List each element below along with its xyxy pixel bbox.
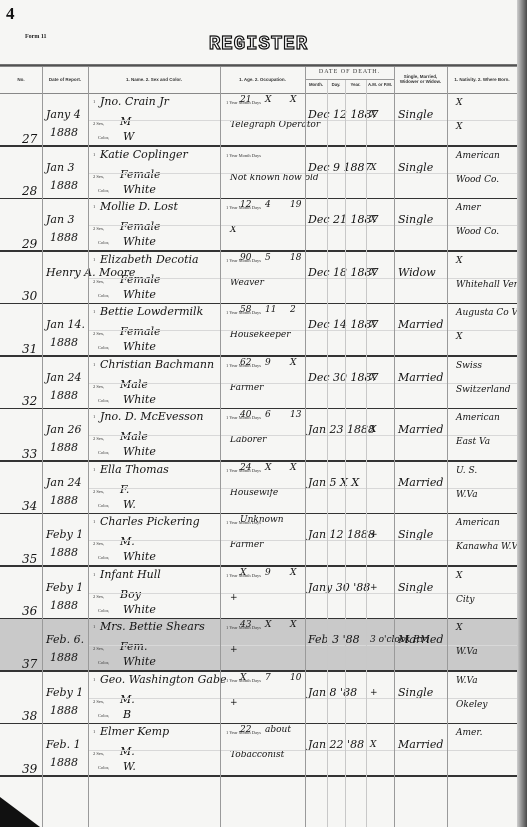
col-divider bbox=[447, 67, 448, 827]
age-months: 9 bbox=[265, 568, 271, 578]
name-index: 1 bbox=[93, 729, 95, 734]
register-table: No. Date of Report. 1. Name. 2. Sex and … bbox=[0, 67, 517, 827]
occupation: Weaver bbox=[230, 278, 264, 288]
occupation: Laborer bbox=[230, 435, 266, 445]
occupation: + bbox=[230, 645, 238, 655]
sex-label: 2 Sex, bbox=[93, 226, 104, 231]
header-date-of-death: DATE OF DEATH. bbox=[305, 69, 394, 79]
deceased-name: Bettie Lowdermilk bbox=[100, 305, 203, 318]
col-divider bbox=[220, 67, 221, 827]
header-marital: Single, Married, Widower or Widow. bbox=[394, 67, 447, 93]
color-value: W. bbox=[123, 760, 136, 773]
sex-value: Boy bbox=[120, 588, 141, 601]
color-value: White bbox=[123, 603, 156, 616]
occupation: + bbox=[230, 593, 238, 603]
age-months: 11 bbox=[265, 305, 276, 315]
color-label: Color, bbox=[98, 450, 109, 455]
col-divider bbox=[88, 67, 89, 827]
age-label: 1 Year Month Days bbox=[226, 153, 261, 158]
name-index: 1 bbox=[93, 572, 95, 577]
marital-status: Widow bbox=[398, 266, 436, 279]
death-ampm: X bbox=[370, 163, 376, 173]
row-midline bbox=[88, 278, 517, 279]
occupation: + bbox=[230, 698, 238, 708]
age-years: X bbox=[240, 568, 246, 578]
death-date: Jany 30 '88 bbox=[308, 581, 370, 594]
table-row: 34Jan 2418881Ella Thomas2 Sex,F.Color,W.… bbox=[0, 462, 517, 515]
death-date: Feb 3 '88 bbox=[308, 633, 360, 646]
sex-label: 2 Sex, bbox=[93, 436, 104, 441]
book-spine bbox=[517, 0, 527, 827]
color-label: Color, bbox=[98, 713, 109, 718]
table-row: 39Feb. 118881Elmer Kemp2 Sex,M.Color,W.1… bbox=[0, 724, 517, 777]
name-index: 1 bbox=[93, 467, 95, 472]
report-year: 1888 bbox=[50, 599, 78, 612]
color-label: Color, bbox=[98, 135, 109, 140]
color-label: Color, bbox=[98, 765, 109, 770]
report-date: Jan 24 bbox=[46, 476, 82, 489]
page-number: 4 bbox=[6, 4, 15, 24]
col-divider bbox=[305, 67, 306, 827]
row-midline bbox=[88, 540, 517, 541]
death-ampm: X bbox=[370, 110, 376, 120]
birthplace: City bbox=[456, 595, 474, 605]
marital-status: Married bbox=[398, 738, 443, 751]
birthplace: Wood Co. bbox=[456, 227, 499, 237]
color-value: B bbox=[123, 708, 131, 721]
header-name: 1. Name. 2. Sex and Color. bbox=[88, 67, 220, 93]
report-date: Feby 1 bbox=[46, 686, 83, 699]
row-midline bbox=[88, 488, 517, 489]
nativity: U. S. bbox=[456, 466, 477, 476]
report-date: Jan 14. bbox=[46, 318, 85, 331]
col-divider bbox=[42, 67, 43, 827]
table-row: 31Jan 14.18881Bettie Lowdermilk2 Sex,Fem… bbox=[0, 304, 517, 357]
sex-label: 2 Sex, bbox=[93, 384, 104, 389]
name-index: 1 bbox=[93, 152, 95, 157]
entry-number: 36 bbox=[22, 604, 37, 618]
age-months: 7 bbox=[265, 673, 271, 683]
deceased-name: Ella Thomas bbox=[100, 463, 169, 476]
header-age: 1. Age. 2. Occupation. bbox=[220, 67, 305, 93]
report-year: 1888 bbox=[50, 179, 78, 192]
row-midline bbox=[88, 750, 517, 751]
death-ampm: X bbox=[370, 215, 376, 225]
sex-value: Male bbox=[120, 430, 148, 443]
age-days: X bbox=[290, 358, 296, 368]
deceased-name: Jno. Crain Jr bbox=[100, 95, 169, 108]
age-years: 58 bbox=[240, 305, 251, 315]
report-year: 1888 bbox=[50, 494, 78, 507]
death-date: Dec 14 1887 bbox=[308, 318, 378, 331]
sex-value: F. bbox=[120, 483, 129, 496]
report-date: Jany 4 bbox=[46, 108, 81, 121]
birthplace: Kanawha W.Va bbox=[456, 542, 517, 552]
name-index: 1 bbox=[93, 414, 95, 419]
header-day: Day. bbox=[327, 82, 345, 92]
name-index: 1 bbox=[93, 624, 95, 629]
table-row: 36Feby 118881Infant Hull2 Sex,BoyColor,W… bbox=[0, 567, 517, 620]
row-rule bbox=[0, 775, 517, 777]
deceased-name: Infant Hull bbox=[100, 568, 161, 581]
register-page: 4 Form 11 REGISTER No. Date of Report. 1… bbox=[0, 0, 517, 827]
sex-label: 2 Sex, bbox=[93, 121, 104, 126]
table-row: 35Feby 118881Charles Pickering2 Sex,M.Co… bbox=[0, 514, 517, 567]
age-days: 2 bbox=[290, 305, 296, 315]
nativity: X bbox=[456, 98, 462, 108]
nativity: Swiss bbox=[456, 361, 482, 371]
row-midline bbox=[88, 593, 517, 594]
table-row: 27Jany 418881Jno. Crain Jr2 Sex,MColor,W… bbox=[0, 94, 517, 147]
report-year: 1888 bbox=[50, 126, 78, 139]
deceased-name: Jno. D. McEvesson bbox=[100, 410, 204, 423]
nativity: American bbox=[456, 518, 500, 528]
report-year: 1888 bbox=[50, 336, 78, 349]
report-year: 1888 bbox=[50, 704, 78, 717]
entry-number: 27 bbox=[22, 132, 37, 146]
death-date: Dec 18 1887 bbox=[308, 266, 378, 279]
sex-label: 2 Sex, bbox=[93, 646, 104, 651]
sex-value: Female bbox=[120, 168, 161, 181]
table-row: 30Henry A. Moore1Elizabeth Decotia2 Sex,… bbox=[0, 252, 517, 305]
color-value: W. bbox=[123, 498, 136, 511]
entry-number: 29 bbox=[22, 237, 37, 251]
report-date: Jan 3 bbox=[46, 161, 75, 174]
color-label: Color, bbox=[98, 398, 109, 403]
entry-number: 30 bbox=[22, 289, 37, 303]
occupation: Housewife bbox=[230, 488, 278, 498]
col-divider bbox=[366, 80, 367, 827]
age-months: X bbox=[265, 463, 271, 473]
birthplace: X bbox=[456, 122, 462, 132]
sex-value: M. bbox=[120, 535, 135, 548]
header-nativity: 1. Nativity. 2. Where Born. bbox=[447, 67, 517, 93]
sex-label: 2 Sex, bbox=[93, 541, 104, 546]
name-index: 1 bbox=[93, 309, 95, 314]
report-date: Feby 1 bbox=[46, 581, 83, 594]
death-ampm: X bbox=[370, 740, 376, 750]
entry-number: 34 bbox=[22, 499, 37, 513]
age-months: 5 bbox=[265, 253, 271, 263]
marital-status: Married bbox=[398, 633, 443, 646]
age-years: 62 bbox=[240, 358, 251, 368]
sex-label: 2 Sex, bbox=[93, 331, 104, 336]
birthplace: Switzerland bbox=[456, 385, 511, 395]
name-index: 1 bbox=[93, 99, 95, 104]
nativity: Augusta Co Va bbox=[456, 308, 517, 318]
nativity: American bbox=[456, 151, 500, 161]
sex-value: M. bbox=[120, 693, 135, 706]
sex-label: 2 Sex, bbox=[93, 594, 104, 599]
row-midline bbox=[88, 330, 517, 331]
report-date: Jan 24 bbox=[46, 371, 82, 384]
col-divider bbox=[345, 80, 346, 827]
entry-number: 38 bbox=[22, 709, 37, 723]
sex-label: 2 Sex, bbox=[93, 751, 104, 756]
age-days: 10 bbox=[290, 673, 301, 683]
table-row: 32Jan 2418881Christian Bachmann2 Sex,Mal… bbox=[0, 357, 517, 410]
marital-status: Married bbox=[398, 476, 443, 489]
header-no: No. bbox=[0, 67, 42, 93]
color-label: Color, bbox=[98, 345, 109, 350]
entry-number: 35 bbox=[22, 552, 37, 566]
row-midline bbox=[88, 225, 517, 226]
register-title: REGISTER bbox=[0, 33, 517, 55]
death-ampm: + bbox=[370, 530, 378, 540]
death-date: Dec 9 1887 bbox=[308, 161, 371, 174]
entry-number: 39 bbox=[22, 762, 37, 776]
death-date: Jan 12 1888 bbox=[308, 528, 375, 541]
row-midline bbox=[88, 120, 517, 121]
row-midline bbox=[88, 383, 517, 384]
header-date-of-report: Date of Report. bbox=[42, 67, 88, 93]
table-row: 28Jan 318881Katie Coplinger2 Sex,FemaleC… bbox=[0, 147, 517, 200]
death-date: Dec 21 1887 bbox=[308, 213, 378, 226]
name-index: 1 bbox=[93, 257, 95, 262]
deceased-name: Mollie D. Lost bbox=[100, 200, 178, 213]
marital-status: Married bbox=[398, 371, 443, 384]
report-date: Jan 3 bbox=[46, 213, 75, 226]
deceased-name: Geo. Washington Gabe bbox=[100, 673, 227, 686]
color-value: White bbox=[123, 393, 156, 406]
age-months: about bbox=[265, 725, 291, 735]
color-label: Color, bbox=[98, 293, 109, 298]
sex-value: Female bbox=[120, 220, 161, 233]
marital-status: Single bbox=[398, 686, 433, 699]
occupation: Housekeeper bbox=[230, 330, 291, 340]
report-year: 1888 bbox=[50, 231, 78, 244]
age-months: 6 bbox=[265, 410, 271, 420]
page-corner-shadow bbox=[0, 797, 40, 827]
marital-status: Married bbox=[398, 318, 443, 331]
name-index: 1 bbox=[93, 362, 95, 367]
color-value: White bbox=[123, 550, 156, 563]
occupation: Farmer bbox=[230, 540, 263, 550]
death-date: Jan 23 1888 bbox=[308, 423, 375, 436]
death-ampm: + bbox=[370, 688, 378, 698]
occupation: Telegraph Operator bbox=[230, 120, 320, 130]
entry-number: 32 bbox=[22, 394, 37, 408]
sex-value: Fem. bbox=[120, 640, 147, 653]
row-midline bbox=[88, 435, 517, 436]
color-label: Color, bbox=[98, 240, 109, 245]
birthplace: Wood Co. bbox=[456, 175, 499, 185]
age-years: 21 bbox=[240, 95, 251, 105]
header-year: Year. bbox=[345, 82, 366, 92]
death-date: Dec 30 1887 bbox=[308, 371, 378, 384]
deceased-name: Elizabeth Decotia bbox=[100, 253, 199, 266]
entry-number: 37 bbox=[22, 657, 37, 671]
nativity: W.Va bbox=[456, 676, 478, 686]
deceased-name: Charles Pickering bbox=[100, 515, 200, 528]
deceased-name: Elmer Kemp bbox=[100, 725, 169, 738]
marital-status: Single bbox=[398, 161, 433, 174]
age-months: 9 bbox=[265, 358, 271, 368]
age-days: 18 bbox=[290, 253, 301, 263]
age-years: 22 bbox=[240, 725, 251, 735]
nativity: American bbox=[456, 413, 500, 423]
age-days: X bbox=[290, 95, 296, 105]
age-months: X bbox=[265, 95, 271, 105]
age-years: 90 bbox=[240, 253, 251, 263]
color-label: Color, bbox=[98, 188, 109, 193]
sex-value: M bbox=[120, 115, 131, 128]
report-year: 1888 bbox=[50, 389, 78, 402]
birthplace: W.Va bbox=[456, 490, 478, 500]
death-date: Jan 5 X X bbox=[308, 476, 359, 489]
death-date: Jan 8 '88 bbox=[308, 686, 357, 699]
header-ampm: A.M. or P.M. bbox=[366, 82, 394, 92]
row-midline bbox=[88, 645, 517, 646]
row-midline bbox=[88, 173, 517, 174]
birthplace: East Va bbox=[456, 437, 490, 447]
color-value: White bbox=[123, 655, 156, 668]
color-label: Color, bbox=[98, 608, 109, 613]
row-midline bbox=[88, 698, 517, 699]
age-years: Unknown bbox=[240, 515, 284, 525]
sex-value: Female bbox=[120, 273, 161, 286]
sex-value: Female bbox=[120, 325, 161, 338]
col-divider bbox=[394, 67, 395, 827]
col-divider bbox=[327, 80, 328, 827]
color-label: Color, bbox=[98, 555, 109, 560]
sex-value: M. bbox=[120, 745, 135, 758]
name-index: 1 bbox=[93, 677, 95, 682]
report-date: Jan 26 bbox=[46, 423, 82, 436]
deceased-name: Christian Bachmann bbox=[100, 358, 214, 371]
marital-status: Single bbox=[398, 581, 433, 594]
entry-number: 33 bbox=[22, 447, 37, 461]
color-label: Color, bbox=[98, 503, 109, 508]
death-ampm: X bbox=[370, 320, 376, 330]
marital-status: Single bbox=[398, 108, 433, 121]
death-ampm: + bbox=[370, 583, 378, 593]
name-index: 1 bbox=[93, 519, 95, 524]
color-value: White bbox=[123, 445, 156, 458]
nativity: X bbox=[456, 571, 462, 581]
header-divider bbox=[305, 79, 394, 80]
death-ampm: X bbox=[370, 268, 376, 278]
sex-label: 2 Sex, bbox=[93, 699, 104, 704]
color-value: White bbox=[123, 288, 156, 301]
table-row: 33Jan 2618881Jno. D. McEvesson2 Sex,Male… bbox=[0, 409, 517, 462]
marital-status: Married bbox=[398, 423, 443, 436]
age-months: 4 bbox=[265, 200, 271, 210]
color-label: Color, bbox=[98, 660, 109, 665]
name-index: 1 bbox=[93, 204, 95, 209]
table-row: 29Jan 318881Mollie D. Lost2 Sex,FemaleCo… bbox=[0, 199, 517, 252]
birthplace: Whitehall Vermont bbox=[456, 280, 517, 290]
sex-label: 2 Sex, bbox=[93, 489, 104, 494]
nativity: Amer. bbox=[456, 728, 483, 738]
color-value: W bbox=[123, 130, 134, 143]
deceased-name: Mrs. Bettie Shears bbox=[100, 620, 205, 633]
table-row: 37Feb. 6.18881Mrs. Bettie Shears2 Sex,Fe… bbox=[0, 619, 517, 672]
age-months: X bbox=[265, 620, 271, 630]
death-date: Dec 12 1887 bbox=[308, 108, 378, 121]
color-value: White bbox=[123, 183, 156, 196]
report-year: 1888 bbox=[50, 546, 78, 559]
sex-label: 2 Sex, bbox=[93, 279, 104, 284]
table-row: 38Feby 118881Geo. Washington Gabe2 Sex,M… bbox=[0, 672, 517, 725]
sex-label: 2 Sex, bbox=[93, 174, 104, 179]
death-ampm: X bbox=[370, 425, 376, 435]
entry-number: 28 bbox=[22, 184, 37, 198]
report-year: 1888 bbox=[50, 441, 78, 454]
age-years: 40 bbox=[240, 410, 251, 420]
nativity: Amer bbox=[456, 203, 481, 213]
marital-status: Single bbox=[398, 213, 433, 226]
age-days: 13 bbox=[290, 410, 301, 420]
report-date: Feby 1 bbox=[46, 528, 83, 541]
report-year: 1888 bbox=[50, 756, 78, 769]
sex-value: Male bbox=[120, 378, 148, 391]
age-days: X bbox=[290, 568, 296, 578]
deceased-name: Katie Coplinger bbox=[100, 148, 188, 161]
occupation: X bbox=[230, 225, 236, 235]
birthplace: Okeley bbox=[456, 700, 487, 710]
age-years: X bbox=[240, 673, 246, 683]
header-month: Month. bbox=[305, 82, 327, 92]
age-days: 19 bbox=[290, 200, 301, 210]
nativity: X bbox=[456, 623, 462, 633]
nativity: X bbox=[456, 256, 462, 266]
age-years: 43 bbox=[240, 620, 251, 630]
age-days: X bbox=[290, 620, 296, 630]
color-value: White bbox=[123, 340, 156, 353]
age-years: 12 bbox=[240, 200, 251, 210]
entry-number: 31 bbox=[22, 342, 37, 356]
marital-status: Single bbox=[398, 528, 433, 541]
occupation: Farmer bbox=[230, 383, 263, 393]
age-days: X bbox=[290, 463, 296, 473]
death-date: Jan 22 '88 bbox=[308, 738, 364, 751]
age-years: 24 bbox=[240, 463, 251, 473]
color-value: White bbox=[123, 235, 156, 248]
birthplace: W.Va bbox=[456, 647, 478, 657]
birthplace: X bbox=[456, 332, 462, 342]
report-year: 1888 bbox=[50, 651, 78, 664]
report-date: Feb. 1 bbox=[46, 738, 81, 751]
occupation: Tobacconist bbox=[230, 750, 284, 760]
report-date: Feb. 6. bbox=[46, 633, 84, 646]
death-ampm: X bbox=[370, 373, 376, 383]
